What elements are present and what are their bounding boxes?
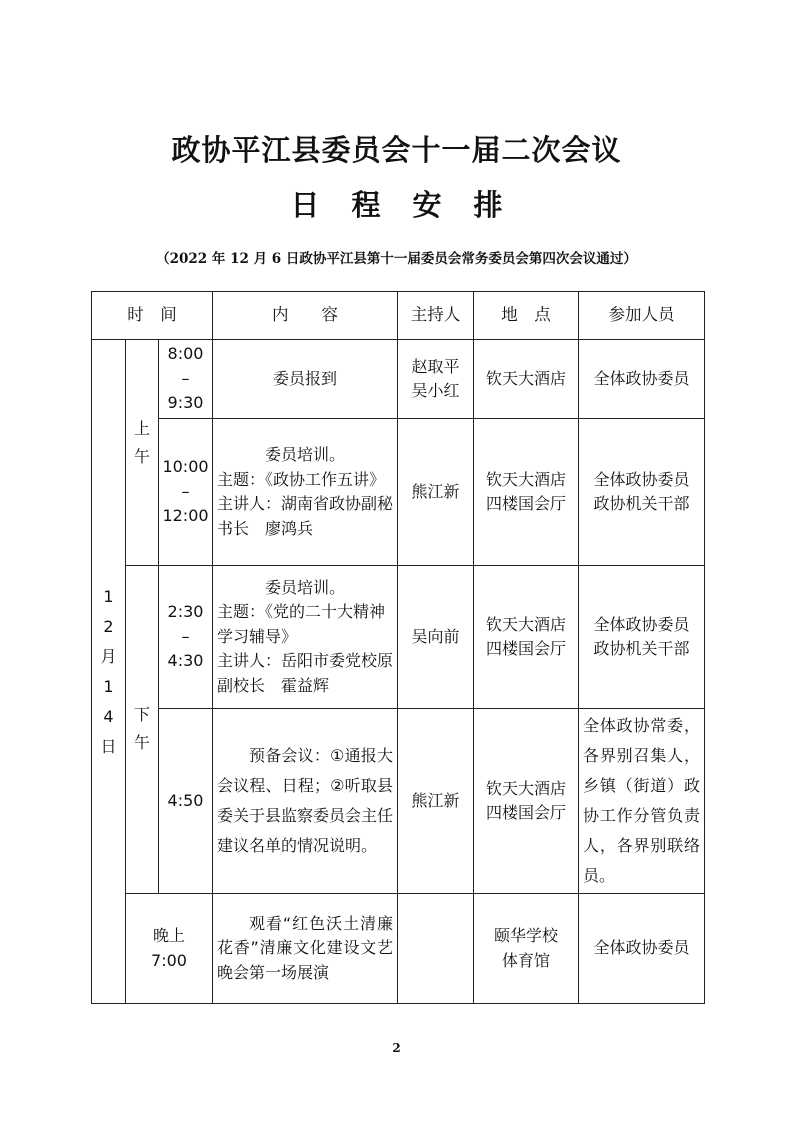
subtitle-char: 安 (413, 183, 442, 224)
location-cell: 钦天大酒店 四楼国会厅 (474, 419, 579, 566)
time-cell: 10:00 – 12:00 (159, 419, 213, 566)
header-participants: 参加人员 (579, 292, 705, 340)
time-cell: 8:00 – 9:30 (159, 340, 213, 419)
schedule-table: 时 间 内 容 主持人 地 点 参加人员 12月14日 上午 8:00 – 9:… (91, 291, 705, 1004)
time-cell: 2:30 – 4:30 (159, 566, 213, 709)
host-cell: 吴向前 (398, 566, 474, 709)
header-row: 时 间 内 容 主持人 地 点 参加人员 (92, 292, 705, 340)
document-subtitle: 日程安排 (0, 183, 793, 224)
location-cell: 钦天大酒店 四楼国会厅 (474, 709, 579, 894)
subtitle-char: 程 (351, 183, 380, 224)
host-cell (398, 894, 474, 1004)
approval-note: （2022 年 12 月 6 日政协平江县第十一届委员会常务委员会第四次会议通过… (0, 247, 793, 267)
time-cell: 4:50 (159, 709, 213, 894)
content-cell: 委员报到 (213, 340, 398, 419)
header-host: 主持人 (398, 292, 474, 340)
date-cell: 12月14日 (92, 340, 126, 1004)
table-row: 4:50 预备会议：①通报大会议程、日程；②听取县委关于县监察委员会主任建议名单… (92, 709, 705, 894)
host-cell: 赵取平 吴小红 (398, 340, 474, 419)
participants-cell: 全体政协委员 政协机关干部 (579, 419, 705, 566)
subtitle-char: 日 (290, 183, 319, 224)
table-row: 12月14日 上午 8:00 – 9:30 委员报到 赵取平 吴小红 钦天大酒店… (92, 340, 705, 419)
table-row: 下午 2:30 – 4:30 委员培训。 主题：《党的二十大精神学习辅导》 主讲… (92, 566, 705, 709)
participants-cell: 全体政协委员 (579, 894, 705, 1004)
header-content: 内 容 (213, 292, 398, 340)
period-morning: 上午 (126, 340, 159, 566)
content-cell: 委员培训。 主题：《党的二十大精神学习辅导》 主讲人：岳阳市委党校原副校长 霍益… (213, 566, 398, 709)
time-cell: 晚上 7:00 (126, 894, 213, 1004)
location-cell: 颐华学校 体育馆 (474, 894, 579, 1004)
host-cell: 熊江新 (398, 709, 474, 894)
table-row: 晚上 7:00 观看“红色沃土清廉花香”清廉文化建设文艺晚会第一场展演 颐华学校… (92, 894, 705, 1004)
document-title: 政协平江县委员会十一届二次会议 (0, 128, 793, 169)
page-number: 2 (0, 1041, 793, 1055)
host-cell: 熊江新 (398, 419, 474, 566)
content-cell: 预备会议：①通报大会议程、日程；②听取县委关于县监察委员会主任建议名单的情况说明… (213, 709, 398, 894)
header-time: 时 间 (92, 292, 213, 340)
period-afternoon: 下午 (126, 566, 159, 894)
content-cell: 委员培训。 主题：《政协工作五讲》 主讲人：湖南省政协副秘书长 廖鸿兵 (213, 419, 398, 566)
table-row: 10:00 – 12:00 委员培训。 主题：《政协工作五讲》 主讲人：湖南省政… (92, 419, 705, 566)
participants-cell: 全体政协委员 (579, 340, 705, 419)
location-cell: 钦天大酒店 (474, 340, 579, 419)
header-location: 地 点 (474, 292, 579, 340)
subtitle-char: 排 (474, 183, 503, 224)
date-label: 12月14日 (99, 582, 119, 762)
content-cell: 观看“红色沃土清廉花香”清廉文化建设文艺晚会第一场展演 (213, 894, 398, 1004)
participants-cell: 全体政协常委，各界别召集人，乡镇（街道）政协工作分管负责人，各界别联络员。 (579, 709, 705, 894)
location-cell: 钦天大酒店 四楼国会厅 (474, 566, 579, 709)
participants-cell: 全体政协委员 政协机关干部 (579, 566, 705, 709)
